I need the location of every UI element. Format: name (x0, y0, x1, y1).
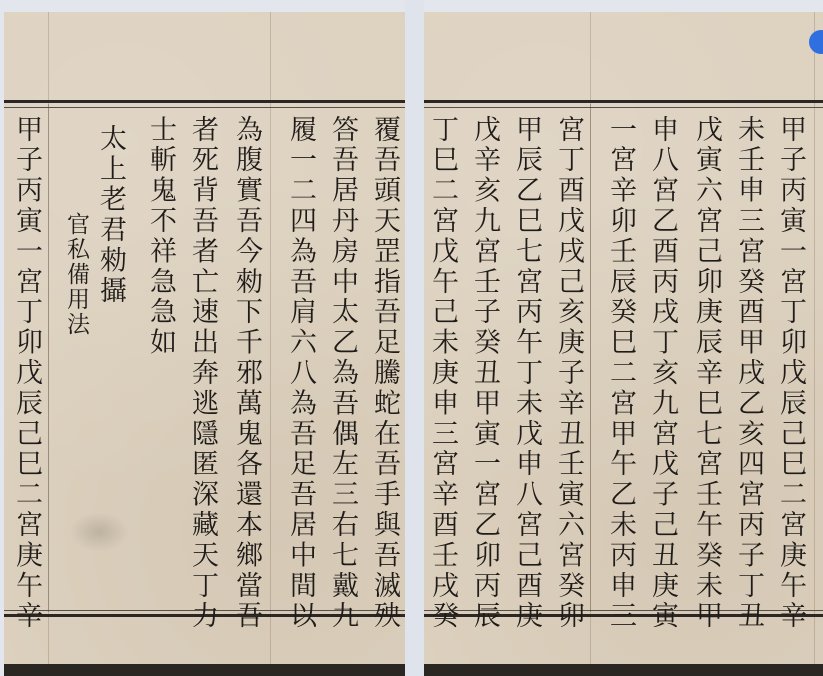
fold-line (270, 12, 271, 666)
page-edge (424, 664, 823, 676)
fold-line (814, 12, 815, 666)
page-gutter (405, 0, 424, 676)
column-rule (590, 104, 591, 612)
text-column-7: 履一二四為吾肩六八為吾足吾居中間以 (284, 115, 316, 632)
text-column-3: 甲辰乙巳七宮丙午丁未戊申八宮己酉庚 (510, 115, 542, 632)
top-border-rule (424, 100, 823, 103)
text-column-9: 甲子丙寅一宮丁卯戊辰己巳二宮庚午辛 (774, 115, 806, 632)
text-column-2: 戊辛亥九宮壬子癸丑甲寅一宮乙卯丙辰 (468, 115, 500, 632)
text-column-4: 宮丁酉戊戌己亥庚子辛丑壬寅六宮癸卯 (552, 115, 584, 632)
text-column-title: 太上老君勑攝 (94, 124, 126, 306)
ink-smudge (69, 512, 129, 552)
text-column-1: 丁巳二宮戊午己未庚申三宮辛酉壬戌癸 (426, 115, 458, 632)
text-column-8: 答吾居丹房中太乙為吾偶左三右七戴九 (326, 115, 358, 632)
text-column-5: 一宮辛卯壬辰癸巳二宮甲午乙未丙申三 (604, 115, 636, 632)
text-column-8: 未壬申三宮癸酉甲戌乙亥四宮丙子丁丑 (732, 115, 764, 632)
left-page: 甲子丙寅一宮丁卯戊辰己巳二宮庚午辛 太上老君勑攝 官私備用法 士斬鬼不祥急急如 … (4, 12, 405, 666)
page-edge (4, 664, 405, 676)
document-viewer: 甲子丙寅一宮丁卯戊辰己巳二宮庚午辛 太上老君勑攝 官私備用法 士斬鬼不祥急急如 … (0, 0, 823, 676)
text-column-6: 申八宮乙酉丙戌丁亥九宮戊子己丑庚寅 (646, 115, 678, 632)
text-column-1: 甲子丙寅一宮丁卯戊辰己巳二宮庚午辛 (10, 115, 42, 632)
column-rule (48, 104, 49, 612)
text-column-4: 士斬鬼不祥急急如 (144, 115, 176, 358)
right-page: 丁巳二宮戊午己未庚申三宮辛酉壬戌癸 戊辛亥九宮壬子癸丑甲寅一宮乙卯丙辰 甲辰乙巳… (424, 12, 823, 666)
text-column-6: 為腹實吾今勑下千邪萬鬼各還本鄉當吾 (230, 115, 262, 632)
viewer-indicator-icon[interactable] (809, 30, 823, 54)
top-border-rule (4, 100, 405, 103)
text-column-subtitle: 官私備用法 (60, 212, 92, 337)
text-column-9: 覆吾頭天罡指吾足騰蛇在吾手與吾滅殃 (368, 115, 400, 632)
text-column-7: 戊寅六宮己卯庚辰辛巳七宮壬午癸未甲 (690, 115, 722, 632)
text-column-5: 者死背吾者亡速出奔逃隱匿深藏天丁力 (186, 115, 218, 632)
